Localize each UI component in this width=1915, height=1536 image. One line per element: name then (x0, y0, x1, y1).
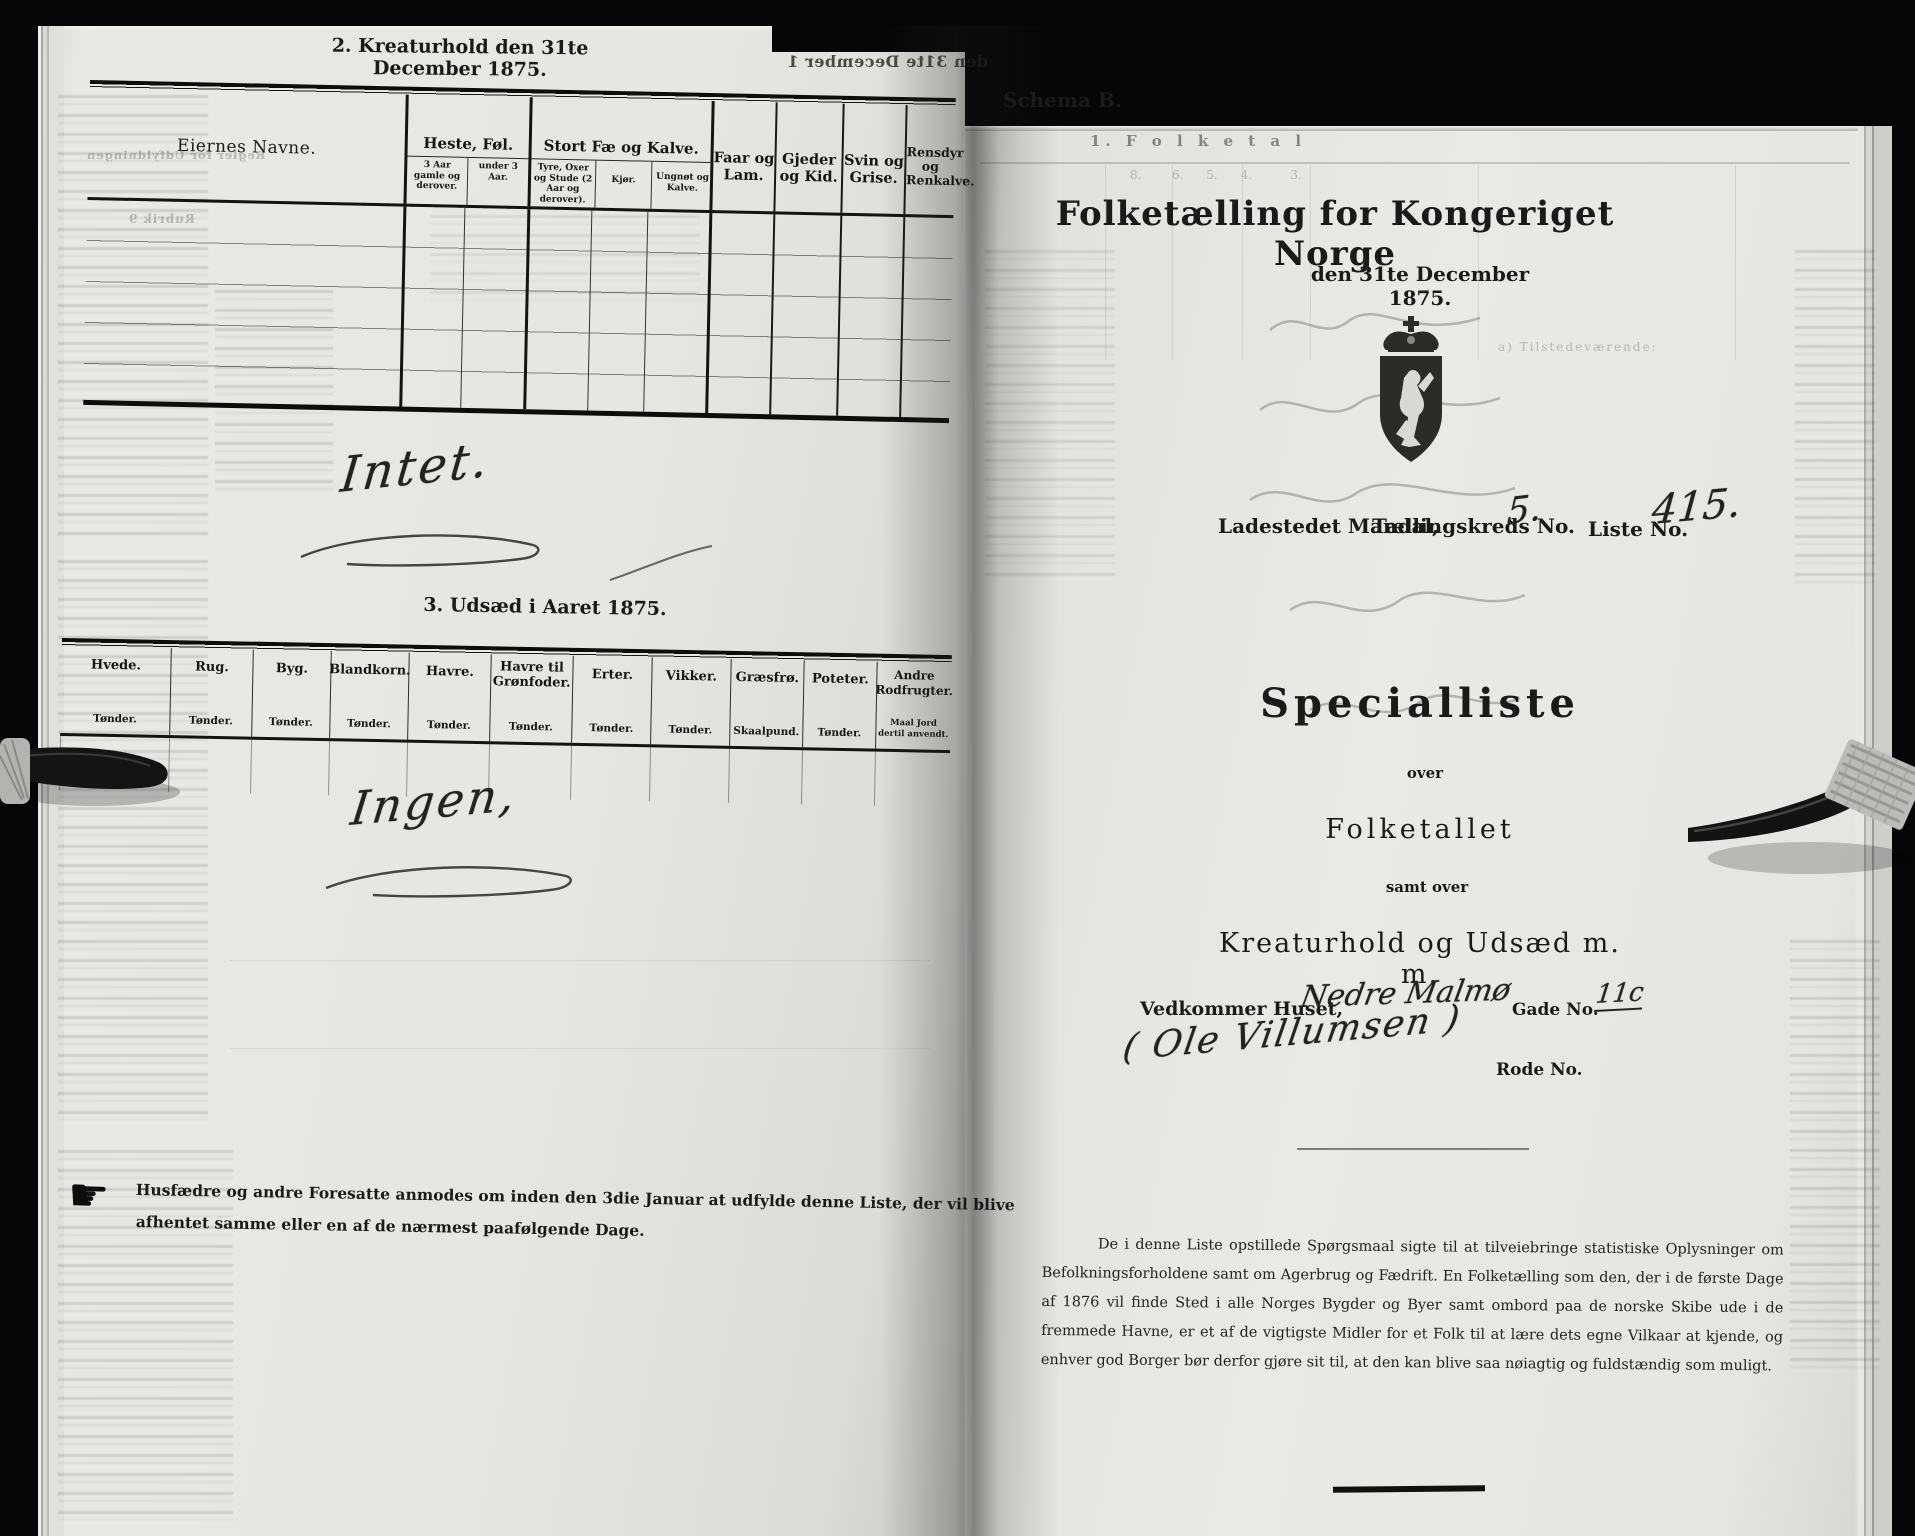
livestock-table-header: Eiernes Navne. Heste, Føl. 3 Aar gamle o… (87, 88, 955, 218)
faint-rule (230, 1048, 930, 1049)
column-group-cattle: Stort Fæ og Kalve. Tyre, Oxer og Stude (… (527, 97, 711, 210)
subcolumn-young-cattle: Ungnøt og Kalve. (650, 162, 713, 210)
faint-rule (230, 960, 930, 961)
subtitle-over: over (1390, 764, 1460, 782)
bleedthrough-rule (980, 162, 1850, 164)
subcolumn-horses-younger: under 3 Aar. (466, 158, 528, 206)
livestock-table: Eiernes Navne. Heste, Føl. 3 Aar gamle o… (83, 80, 956, 423)
norwegian-lion-crest-icon (1366, 316, 1456, 468)
right-page-top-edge (965, 126, 1858, 131)
handwritten-district-number: 5. (1506, 487, 1542, 533)
column-header-owner: Eiernes Navne. (88, 88, 406, 204)
right-page-clip (1688, 730, 1915, 910)
livestock-table-body (83, 200, 953, 423)
bleedthrough-gridline (1735, 165, 1736, 360)
livestock-table-title: 2. Kreaturhold den 31te December 1875. (300, 34, 620, 81)
instructions-paragraph: De i denne Liste opstillede Spørgsmaal s… (1041, 1230, 1784, 1381)
column-header-goats: Gjeder og Kid. (773, 102, 842, 212)
census-scan: Regler for Udfyldningen Rubrik 9 2. Krea… (0, 0, 1915, 1536)
subtitle-samt-over: samt over (1382, 878, 1472, 896)
book-gutter-shadow (880, 26, 1060, 1536)
district-label: Tællingskreds No. (1372, 514, 1575, 538)
stray-ink-stroke (600, 540, 720, 590)
subcolumn-bulls-oxen: Tyre, Oxer og Stude (2 Aar og derover). (530, 159, 595, 207)
handwriting-flourish (318, 850, 588, 905)
street-label: Gade No. (1512, 1000, 1599, 1020)
seed-table-title: 3. Udsæd i Aaret 1875. (420, 594, 670, 620)
handwritten-street-number: 11c (1594, 977, 1646, 1012)
rode-label: Rode No. (1496, 1060, 1583, 1080)
manicule-right-icon: ☛ (67, 1167, 110, 1222)
column-group-horses: Heste, Føl. 3 Aar gamle og derover. unde… (403, 95, 529, 207)
handwriting-flourish (295, 515, 555, 575)
bleedthrough-column-numbers: 8. 6. 5. 4. 3. (1130, 168, 1302, 182)
census-date: den 31te December 1875. (1290, 262, 1550, 310)
divider-rule (1297, 1148, 1529, 1150)
subcolumn-horses-older: 3 Aar gamle og derover. (406, 157, 467, 205)
column-header-sheep: Faar og Lam. (709, 101, 775, 211)
subcolumn-cows: Kjør. (594, 161, 651, 209)
bleedthrough-sheet-heading: 1. F o l k e t a l (1090, 132, 1306, 150)
handwritten-list-number: 415. (1650, 480, 1743, 534)
left-page-clip (0, 700, 200, 830)
subtitle-folketallet: Folketallet (1320, 814, 1520, 845)
bleedthrough-texture (1795, 250, 1875, 590)
subtitle-specialliste: Specialliste (1250, 680, 1590, 727)
bleedthrough-texture (1790, 940, 1880, 1370)
